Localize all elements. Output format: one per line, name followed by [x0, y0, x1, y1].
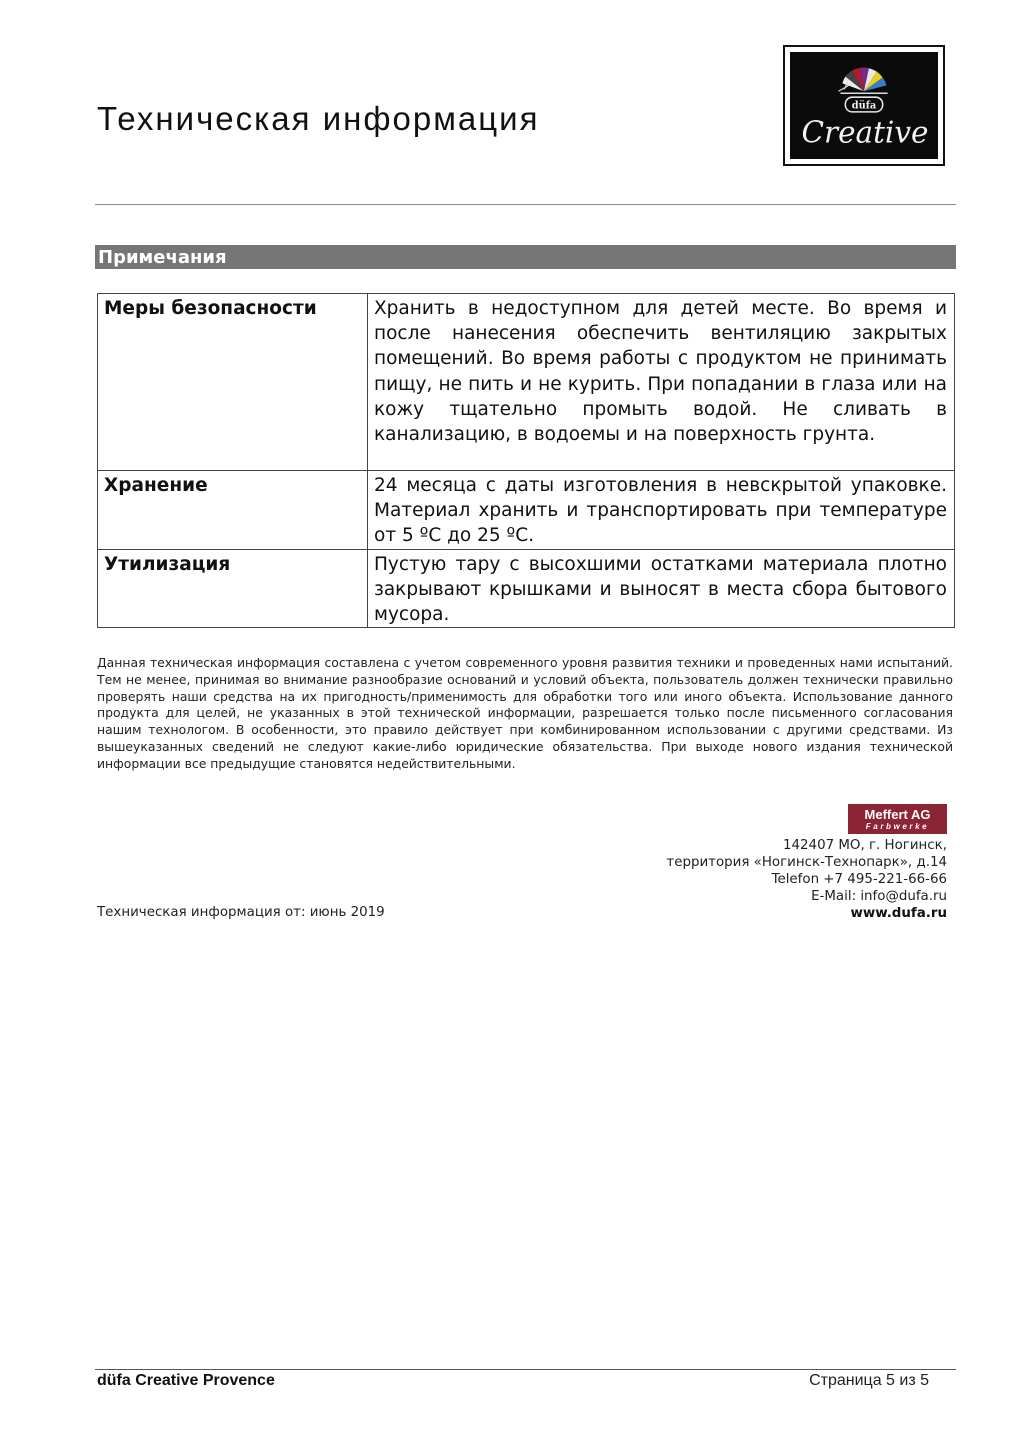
svg-text:Creative: Creative — [802, 115, 929, 149]
table-row: Хранение 24 месяца с даты изготовления в… — [98, 471, 955, 550]
dufa-creative-logo-icon: düfa Creative — [790, 52, 938, 159]
meffert-name: Meffert AG — [848, 804, 947, 822]
meffert-subtitle: Farbwerke — [848, 822, 947, 831]
page-number: Страница 5 из 5 — [809, 1371, 929, 1391]
website-link[interactable]: www.dufa.ru — [666, 905, 947, 922]
company-address: 142407 МО, г. Ногинск, территория «Ногин… — [666, 837, 947, 922]
row-value: 24 месяца с даты изготовления в невскрыт… — [368, 471, 955, 550]
address-line-2: территория «Ногинск-Технопарк», д.14 — [666, 854, 947, 871]
row-label: Меры безопасности — [98, 294, 368, 471]
email-link[interactable]: E-Mail: info@dufa.ru — [666, 888, 947, 905]
address-line-1: 142407 МО, г. Ногинск, — [666, 837, 947, 854]
info-date: Техническая информация от: июнь 2019 — [97, 904, 385, 921]
table-row: Утилизация Пустую тару с высохшими остат… — [98, 549, 955, 628]
row-value: Хранить в недоступном для детей месте. В… — [368, 294, 955, 471]
document-title: Техническая информация — [97, 100, 539, 138]
header-divider — [95, 204, 956, 205]
section-header-notes: Примечания — [95, 245, 956, 269]
table-row: Меры безопасности Хранить в недоступном … — [98, 294, 955, 471]
svg-text:düfa: düfa — [852, 100, 877, 111]
dufa-creative-logo: düfa Creative — [783, 45, 945, 166]
section-title: Примечания — [98, 246, 227, 270]
phone: Telefon +7 495-221-66-66 — [666, 871, 947, 888]
row-label: Утилизация — [98, 549, 368, 628]
row-label: Хранение — [98, 471, 368, 550]
footer-divider — [95, 1369, 956, 1370]
disclaimer-text: Данная техническая информация составлена… — [97, 655, 953, 773]
notes-table: Меры безопасности Хранить в недоступном … — [97, 293, 955, 628]
meffert-logo: Meffert AG Farbwerke — [848, 804, 947, 834]
footer-product-name: düfa Creative Provence — [97, 1371, 275, 1391]
row-value: Пустую тару с высохшими остатками матери… — [368, 549, 955, 628]
